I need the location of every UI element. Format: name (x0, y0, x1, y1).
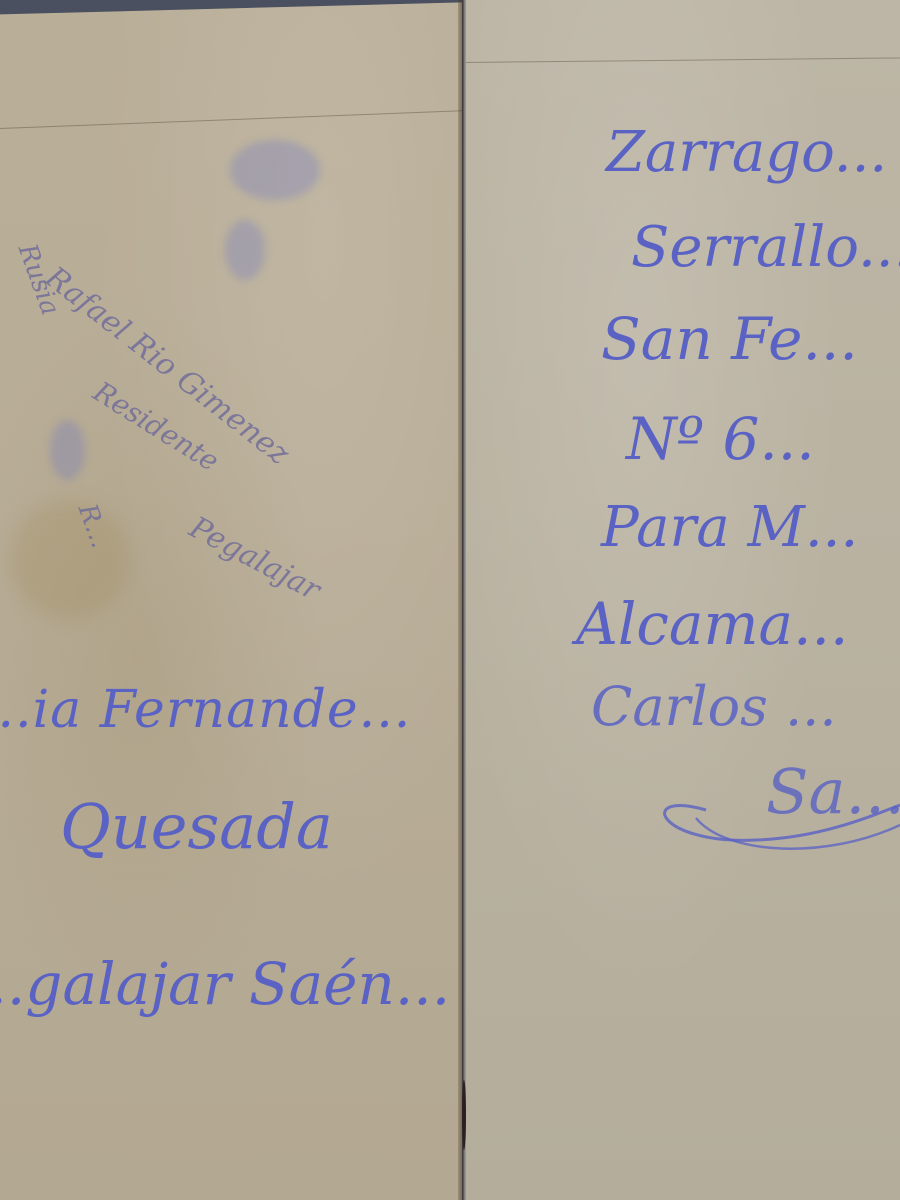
ink-smudge (225, 220, 265, 280)
signature-flourish (466, 770, 900, 890)
stain (10, 500, 130, 620)
ink-line-alcama: Alcama... (576, 590, 848, 658)
right-page: Zarrago... Serrallo... San Fe... Nº 6...… (466, 0, 900, 1200)
ink-line-town: Quesada (60, 790, 333, 863)
ink-line-carlos: Carlos ... (591, 675, 836, 738)
ink-line-surname: ...ia Fernande... (0, 680, 411, 740)
ink-line-number: Nº 6... (626, 405, 815, 473)
ink-line-town-2: ...galajar Saén... (0, 950, 450, 1018)
ink-smudge (230, 140, 320, 200)
pencil-town: Pegalajar (184, 510, 326, 608)
ink-smudge (50, 420, 85, 480)
ink-line-para: Para M... (601, 495, 858, 560)
left-page: Rafael Rio Gimenez Residente Pegalajar R… (0, 0, 462, 1200)
crease-line (0, 110, 462, 129)
ink-line-address-2: Serrallo... (631, 215, 900, 280)
ink-line-address-3: San Fe... (601, 305, 858, 373)
crease-line (466, 57, 900, 63)
ink-line-address-1: Zarrago... (606, 120, 887, 185)
